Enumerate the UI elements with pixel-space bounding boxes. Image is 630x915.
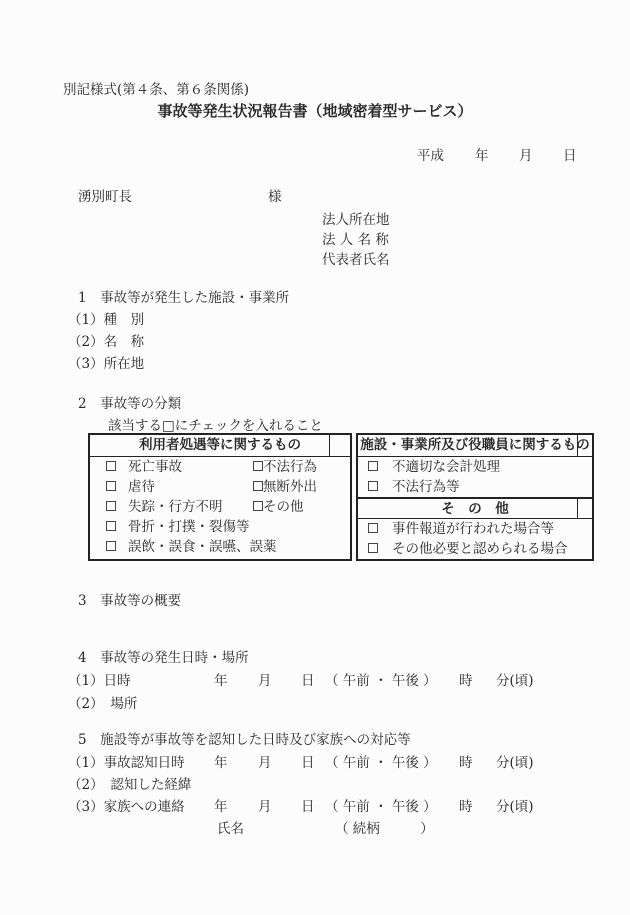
page-title: 事故等発生状況報告書（地域密着型サービス） — [0, 101, 630, 121]
section2-heading: 2 事故等の分類 — [78, 394, 181, 414]
row-label: 虐待 — [128, 479, 155, 495]
row-label: 無断外出 — [263, 479, 317, 495]
hour-label: 時 — [459, 671, 473, 691]
sender-representative-label: 代表者氏名 — [322, 250, 390, 270]
relation-label: （ 続柄 ） — [335, 819, 434, 839]
checkbox-icon — [368, 481, 378, 491]
checkbox-icon — [368, 523, 378, 533]
day-label: 日 — [301, 671, 315, 691]
table-row: 失踪・行方不明 その他 — [90, 497, 350, 517]
other-header-label: そ の 他 — [441, 501, 509, 517]
minute-label: 分(頃) — [496, 797, 534, 817]
row-label: 失踪・行方不明 — [128, 499, 223, 515]
checkbox-icon — [253, 501, 263, 511]
row-label: 不法行為等 — [392, 479, 460, 495]
era-label: 平成 — [417, 146, 444, 166]
section4-heading: 4 事故等の発生日時・場所 — [78, 648, 249, 668]
checkbox-icon — [368, 543, 378, 553]
section5-family-name-row: 氏名 （ 続柄 ） — [0, 819, 630, 839]
ampm-label: （ 午前 ・ 午後 ） — [325, 753, 437, 773]
header-divider-line — [577, 435, 578, 456]
row-label: 不法行為 — [263, 459, 317, 475]
checkbox-icon — [106, 501, 116, 511]
form-reference: 別記様式(第４条、第６条関係) — [63, 80, 249, 100]
minute-label: 分(頃) — [496, 753, 534, 773]
year-label: 年 — [214, 797, 228, 817]
date-line: 平成 年 月 日 — [0, 146, 630, 166]
header-divider-line — [329, 435, 330, 456]
user-treatment-header-label: 利用者処遇等に関するもの — [139, 437, 301, 453]
month-label: 月 — [258, 671, 272, 691]
table-row: 死亡事故 不法行為 — [90, 457, 350, 477]
other-header: そ の 他 — [358, 497, 592, 519]
addressee-line: 湧別町長 様 — [0, 187, 630, 207]
sender-address-label: 法人所在地 — [322, 210, 390, 230]
row-label: 事件報道が行われた場合等 — [392, 521, 554, 537]
row-label: その他 — [263, 499, 304, 515]
checkbox-icon — [253, 461, 263, 471]
row-label: 死亡事故 — [128, 459, 182, 475]
row-col2: 無断外出 — [253, 477, 317, 497]
facility-header: 施設・事業所及び役職員に関するもの — [358, 435, 592, 457]
table-row: その他必要と認められる場合 — [358, 539, 592, 559]
year-label: 年 — [475, 146, 489, 166]
row-label: 誤飲・誤食・誤嚥、誤薬 — [128, 539, 277, 555]
checkbox-icon — [368, 461, 378, 471]
header-divider-line — [577, 499, 578, 518]
section1-item-name: （2）名 称 — [68, 332, 144, 352]
facility-header-label: 施設・事業所及び役職員に関するもの — [360, 437, 590, 453]
recognized-label: （1）事故認知日時 — [68, 753, 185, 773]
row-col2: その他 — [253, 497, 304, 517]
hour-label: 時 — [459, 753, 473, 773]
addressee-honorific: 様 — [268, 187, 282, 207]
checkbox-icon — [253, 481, 263, 491]
hour-label: 時 — [459, 797, 473, 817]
addressee-name: 湧別町長 — [78, 187, 132, 207]
section1-item-type: （1）種 別 — [68, 310, 144, 330]
datetime-label: （1）日時 — [68, 671, 131, 691]
table-row: 不法行為等 — [358, 477, 592, 497]
checkbox-icon — [106, 481, 116, 491]
table-row: 不適切な会計処理 — [358, 457, 592, 477]
row-col2: 不法行為 — [253, 457, 317, 477]
section1-heading: 1 事故等が発生した施設・事業所 — [78, 288, 289, 308]
checkbox-icon — [106, 541, 116, 551]
day-label: 日 — [563, 146, 577, 166]
month-label: 月 — [519, 146, 533, 166]
year-label: 年 — [214, 671, 228, 691]
section5-family-row: （3）家族への連絡 年 月 日 （ 午前 ・ 午後 ） 時 分(頃) — [0, 797, 630, 817]
ampm-label: （ 午前 ・ 午後 ） — [325, 797, 437, 817]
day-label: 日 — [301, 753, 315, 773]
table-row: 虐待 無断外出 — [90, 477, 350, 497]
row-label: その他必要と認められる場合 — [392, 541, 568, 557]
table-row: 骨折・打撲・裂傷等 — [90, 517, 350, 537]
month-label: 月 — [258, 797, 272, 817]
row-label: 骨折・打撲・裂傷等 — [128, 519, 250, 535]
user-treatment-table: 利用者処遇等に関するもの 死亡事故 不法行為 虐待 無断外出 失踪・行方不明 そ… — [88, 433, 352, 561]
section4-place-item: （2） 場所 — [68, 694, 137, 714]
family-contact-label: （3）家族への連絡 — [68, 797, 185, 817]
ampm-label: （ 午前 ・ 午後 ） — [325, 671, 437, 691]
minute-label: 分(頃) — [496, 671, 534, 691]
section4-datetime-row: （1）日時 年 月 日 （ 午前 ・ 午後 ） 時 分(頃) — [0, 671, 630, 691]
table-row: 誤飲・誤食・誤嚥、誤薬 — [90, 537, 350, 557]
month-label: 月 — [258, 753, 272, 773]
classification-tables: 利用者処遇等に関するもの 死亡事故 不法行為 虐待 無断外出 失踪・行方不明 そ… — [88, 433, 594, 561]
checkbox-icon — [106, 521, 116, 531]
name-label: 氏名 — [217, 819, 244, 839]
table-row: 事件報道が行われた場合等 — [358, 519, 592, 539]
report-form-page: 別記様式(第４条、第６条関係) 事故等発生状況報告書（地域密着型サービス） 平成… — [0, 0, 630, 915]
section1-item-location: （3）所在地 — [68, 354, 144, 374]
section5-recognized-row: （1）事故認知日時 年 月 日 （ 午前 ・ 午後 ） 時 分(頃) — [0, 753, 630, 773]
day-label: 日 — [301, 797, 315, 817]
user-treatment-header: 利用者処遇等に関するもの — [90, 435, 350, 457]
facility-table: 施設・事業所及び役職員に関するもの 不適切な会計処理 不法行為等 そ の 他 事… — [356, 433, 594, 561]
row-label: 不適切な会計処理 — [392, 459, 500, 475]
checkbox-icon — [106, 461, 116, 471]
section5-heading: 5 施設等が事故等を認知した日時及び家族への対応等 — [78, 730, 411, 750]
sender-corp-name-label: 法 人 名 称 — [322, 230, 389, 250]
section3-heading: 3 事故等の概要 — [78, 591, 181, 611]
year-label: 年 — [214, 753, 228, 773]
section5-circumstance-item: （2） 認知した経緯 — [68, 775, 191, 795]
